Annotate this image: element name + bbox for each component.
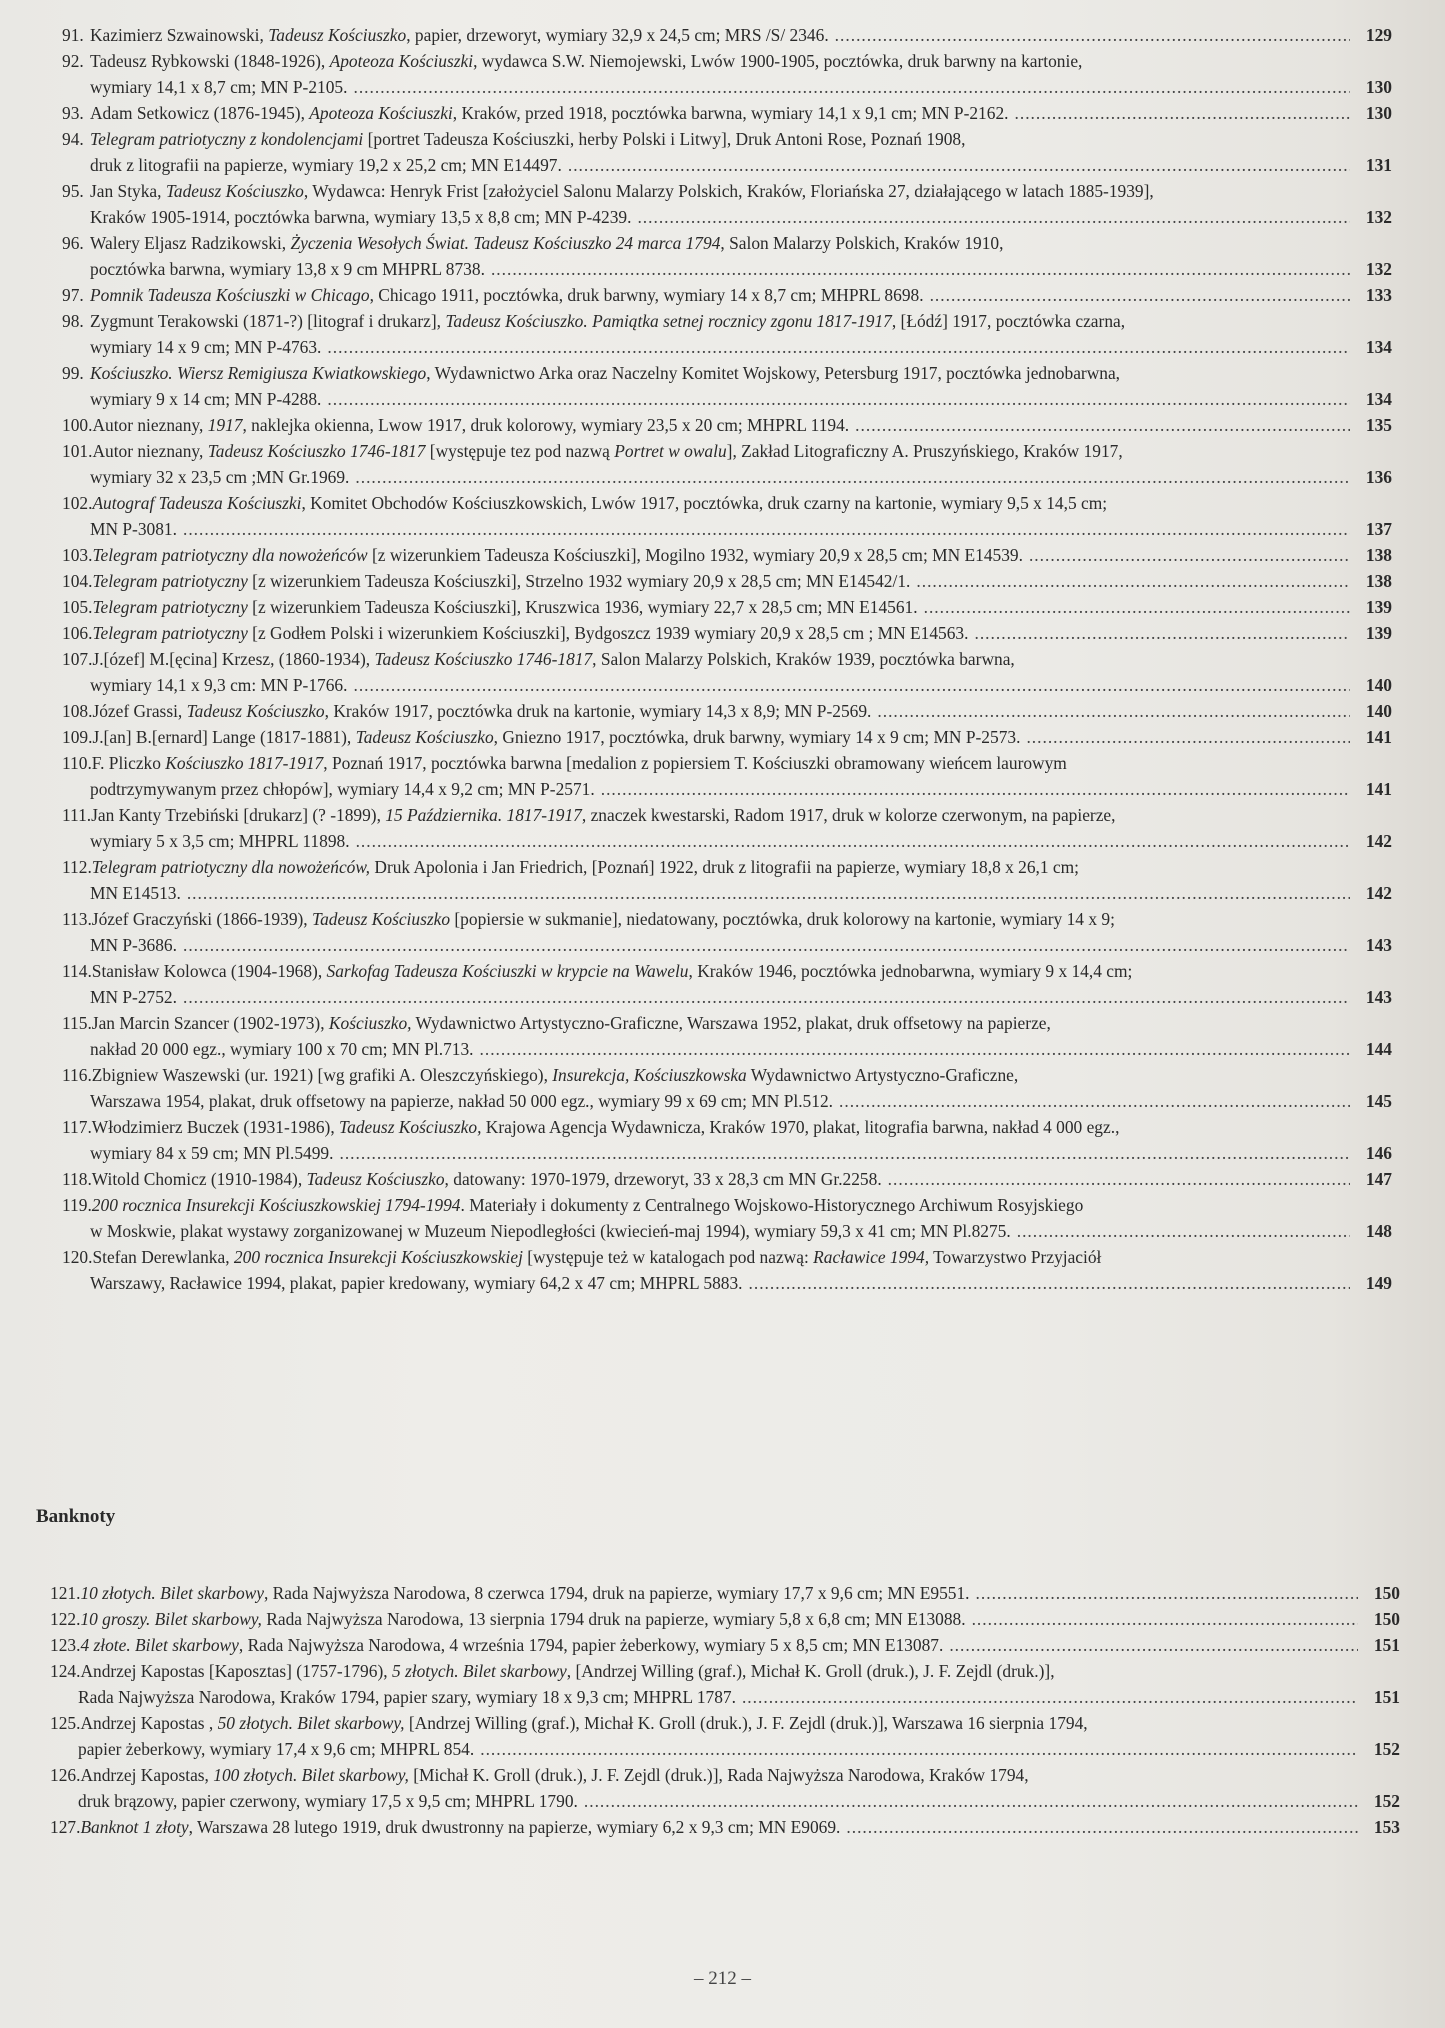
entry-line: 126. Andrzej Kapostas, 100 złotych. Bile… — [50, 1762, 1400, 1788]
page-reference: 145 — [1356, 1088, 1392, 1114]
entry-number: 109. — [62, 724, 92, 750]
leader-dots — [855, 412, 1350, 438]
entry-line: 115. Jan Marcin Szancer (1902-1973), Koś… — [62, 1010, 1392, 1036]
leader-dots — [949, 1632, 1358, 1658]
entry-text: MN P-3081. — [90, 516, 177, 542]
catalog-entry: 91. Kazimierz Szwainowski, Tadeusz Kości… — [62, 22, 1392, 48]
page-reference: 141 — [1356, 776, 1392, 802]
entry-line: 98. Zygmunt Terakowski (1871-?) [litogra… — [62, 308, 1392, 334]
leader-dots — [749, 1270, 1350, 1296]
entry-number: 105. — [62, 594, 92, 620]
catalog-entry: 114. Stanisław Kolowca (1904-1968), Sark… — [62, 958, 1392, 1010]
entry-continuation-line: wymiary 14 x 9 cm; MN P-4763.134 — [62, 334, 1392, 360]
entry-text: Stanisław Kolowca (1904-1968), Sarkofag … — [92, 958, 1133, 984]
catalog-entry: 105. Telegram patriotyczny [z wizerunkie… — [62, 594, 1392, 620]
catalog-entry: 106. Telegram patriotyczny [z Godłem Pol… — [62, 620, 1392, 646]
entry-text: Tadeusz Rybkowski (1848-1926), Apoteoza … — [90, 48, 1082, 74]
page-reference: 151 — [1364, 1684, 1400, 1710]
leader-dots — [339, 1140, 1350, 1166]
entry-text: J.[an] B.[ernard] Lange (1817-1881), Tad… — [92, 724, 1020, 750]
leader-dots — [183, 516, 1350, 542]
entry-number: 115. — [62, 1010, 92, 1036]
page-reference: 138 — [1356, 568, 1392, 594]
entry-text: druk z litografii na papierze, wymiary 1… — [90, 152, 562, 178]
entry-continuation-line: MN P-2752.143 — [62, 984, 1392, 1010]
entry-line: 118. Witold Chomicz (1910-1984), Tadeusz… — [62, 1166, 1392, 1192]
entry-number: 91. — [62, 22, 90, 48]
entry-text: druk brązowy, papier czerwony, wymiary 1… — [78, 1788, 578, 1814]
entry-number: 94. — [62, 126, 90, 152]
catalog-entry: 118. Witold Chomicz (1910-1984), Tadeusz… — [62, 1166, 1392, 1192]
entry-number: 107. — [62, 646, 92, 672]
entry-text: Kraków 1905-1914, pocztówka barwna, wymi… — [90, 204, 631, 230]
entry-number: 127. — [50, 1814, 80, 1840]
leader-dots — [888, 1166, 1350, 1192]
entry-line: 97. Pomnik Tadeusza Kościuszki w Chicago… — [62, 282, 1392, 308]
entry-text: Kościuszko. Wiersz Remigiusza Kwiatkowsk… — [90, 360, 1120, 386]
entry-number: 103. — [62, 542, 92, 568]
page-reference: 140 — [1356, 698, 1392, 724]
page-reference: 129 — [1356, 22, 1392, 48]
entry-text: 10 groszy. Bilet skarbowy, Rada Najwyższ… — [80, 1606, 965, 1632]
entry-number: 125. — [50, 1710, 80, 1736]
entry-line: 104. Telegram patriotyczny [z wizerunkie… — [62, 568, 1392, 594]
catalog-entry: 119. 200 rocznica Insurekcji Kościuszkow… — [62, 1192, 1392, 1244]
leader-dots — [1029, 542, 1350, 568]
entry-text: Józef Graczyński (1866-1939), Tadeusz Ko… — [92, 906, 1115, 932]
leader-dots — [480, 1736, 1358, 1762]
entry-line: 114. Stanisław Kolowca (1904-1968), Sark… — [62, 958, 1392, 984]
entry-text: Walery Eljasz Radzikowski, Życzenia Weso… — [90, 230, 1003, 256]
leader-dots — [877, 698, 1350, 724]
leader-dots — [924, 594, 1350, 620]
entry-number: 120. — [62, 1244, 92, 1270]
entry-continuation-line: wymiary 9 x 14 cm; MN P-4288.134 — [62, 386, 1392, 412]
catalog-entry: 107. J.[ózef] M.[ęcina] Krzesz, (1860-19… — [62, 646, 1392, 698]
catalog-list: 91. Kazimierz Szwainowski, Tadeusz Kości… — [62, 22, 1392, 1296]
entry-line: 96. Walery Eljasz Radzikowski, Życzenia … — [62, 230, 1392, 256]
page-reference: 135 — [1356, 412, 1392, 438]
catalog-entry: 97. Pomnik Tadeusza Kościuszki w Chicago… — [62, 282, 1392, 308]
entry-text: MN E14513. — [90, 880, 181, 906]
catalog-entry: 95. Jan Styka, Tadeusz Kościuszko, Wydaw… — [62, 178, 1392, 230]
leader-dots — [491, 256, 1350, 282]
entry-text: Warszawy, Racławice 1994, plakat, papier… — [90, 1270, 743, 1296]
entry-number: 104. — [62, 568, 92, 594]
entry-text: papier żeberkowy, wymiary 17,4 x 9,6 cm;… — [78, 1736, 474, 1762]
entry-line: 92. Tadeusz Rybkowski (1848-1926), Apote… — [62, 48, 1392, 74]
leader-dots — [353, 74, 1350, 100]
entry-text: MN P-2752. — [90, 984, 177, 1010]
page-reference: 140 — [1356, 672, 1392, 698]
catalog-entry: 108. Józef Grassi, Tadeusz Kościuszko, K… — [62, 698, 1392, 724]
entry-text: Telegram patriotyczny [z wizerunkiem Tad… — [92, 568, 910, 594]
leader-dots — [568, 152, 1350, 178]
entry-continuation-line: Warszawy, Racławice 1994, plakat, papier… — [62, 1270, 1392, 1296]
page-reference: 150 — [1364, 1606, 1400, 1632]
entry-line: 124. Andrzej Kapostas [Kaposztas] (1757-… — [50, 1658, 1400, 1684]
entry-text: Telegram patriotyczny dla nowożeńców, Dr… — [92, 854, 1079, 880]
entry-text: Jan Marcin Szancer (1902-1973), Kościusz… — [92, 1010, 1051, 1036]
entry-text: 4 złote. Bilet skarbowy, Rada Najwyższa … — [80, 1632, 943, 1658]
leader-dots — [1026, 724, 1350, 750]
page-reference: 138 — [1356, 542, 1392, 568]
entry-text: Stefan Derewlanka, 200 rocznica Insurekc… — [92, 1244, 1101, 1270]
entry-number: 100. — [62, 412, 92, 438]
entry-continuation-line: wymiary 84 x 59 cm; MN Pl.5499.146 — [62, 1140, 1392, 1166]
catalog-entry: 99. Kościuszko. Wiersz Remigiusza Kwiatk… — [62, 360, 1392, 412]
entry-number: 96. — [62, 230, 90, 256]
entry-line: 122. 10 groszy. Bilet skarbowy, Rada Naj… — [50, 1606, 1400, 1632]
entry-text: wymiary 32 x 23,5 cm ;MN Gr.1969. — [90, 464, 349, 490]
page-reference: 142 — [1356, 828, 1392, 854]
leader-dots — [480, 1036, 1350, 1062]
entry-text: Rada Najwyższa Narodowa, Kraków 1794, pa… — [78, 1684, 736, 1710]
entry-continuation-line: MN P-3686.143 — [62, 932, 1392, 958]
entry-text: wymiary 14,1 x 9,3 cm: MN P-1766. — [90, 672, 347, 698]
entry-continuation-line: MN E14513.142 — [62, 880, 1392, 906]
entry-number: 124. — [50, 1658, 80, 1684]
entry-text: MN P-3686. — [90, 932, 177, 958]
entry-text: 200 rocznica Insurekcji Kościuszkowskiej… — [92, 1192, 1084, 1218]
leader-dots — [916, 568, 1350, 594]
entry-number: 92. — [62, 48, 90, 74]
entry-number: 106. — [62, 620, 92, 646]
catalog-entry: 115. Jan Marcin Szancer (1902-1973), Koś… — [62, 1010, 1392, 1062]
entry-line: 123. 4 złote. Bilet skarbowy, Rada Najwy… — [50, 1632, 1400, 1658]
catalog-entry: 93. Adam Setkowicz (1876-1945), Apoteoza… — [62, 100, 1392, 126]
entry-continuation-line: papier żeberkowy, wymiary 17,4 x 9,6 cm;… — [50, 1736, 1400, 1762]
entry-continuation-line: Kraków 1905-1914, pocztówka barwna, wymi… — [62, 204, 1392, 230]
entry-line: 121. 10 złotych. Bilet skarbowy, Rada Na… — [50, 1580, 1400, 1606]
leader-dots — [355, 464, 1350, 490]
leader-dots — [637, 204, 1350, 230]
page-reference: 152 — [1364, 1788, 1400, 1814]
catalog-entry: 111. Jan Kanty Trzebiński [drukarz] (? -… — [62, 802, 1392, 854]
page-reference: 149 — [1356, 1270, 1392, 1296]
page-reference: 130 — [1356, 100, 1392, 126]
page-reference: 153 — [1364, 1814, 1400, 1840]
entry-text: Jan Kanty Trzebiński [drukarz] (? -1899)… — [91, 802, 1115, 828]
entry-number: 110. — [62, 750, 92, 776]
catalog-entry: 121. 10 złotych. Bilet skarbowy, Rada Na… — [50, 1580, 1400, 1606]
entry-number: 112. — [62, 854, 92, 880]
entry-text: Andrzej Kapostas [Kaposztas] (1757-1796)… — [80, 1658, 1054, 1684]
entry-line: 107. J.[ózef] M.[ęcina] Krzesz, (1860-19… — [62, 646, 1392, 672]
page-reference: 130 — [1356, 74, 1392, 100]
leader-dots — [846, 1814, 1358, 1840]
entry-number: 102. — [62, 490, 92, 516]
page-reference: 142 — [1356, 880, 1392, 906]
entry-continuation-line: pocztówka barwna, wymiary 13,8 x 9 cm MH… — [62, 256, 1392, 282]
leader-dots — [353, 672, 1350, 698]
page-reference: 150 — [1364, 1580, 1400, 1606]
entry-text: Kazimierz Szwainowski, Tadeusz Kościuszk… — [90, 22, 829, 48]
entry-continuation-line: wymiary 14,1 x 8,7 cm; MN P-2105.130 — [62, 74, 1392, 100]
entry-line: 91. Kazimierz Szwainowski, Tadeusz Kości… — [62, 22, 1392, 48]
entry-text: Andrzej Kapostas , 50 złotych. Bilet ska… — [80, 1710, 1087, 1736]
catalog-entry: 102. Autograf Tadeusza Kościuszki, Komit… — [62, 490, 1392, 542]
page-reference: 143 — [1356, 984, 1392, 1010]
entry-text: 10 złotych. Bilet skarbowy, Rada Najwyżs… — [80, 1580, 969, 1606]
entry-text: Warszawa 1954, plakat, druk offsetowy na… — [90, 1088, 833, 1114]
entry-text: Andrzej Kapostas, 100 złotych. Bilet ska… — [80, 1762, 1028, 1788]
catalog-entry: 98. Zygmunt Terakowski (1871-?) [litogra… — [62, 308, 1392, 360]
entry-text: Józef Grassi, Tadeusz Kościuszko, Kraków… — [92, 698, 871, 724]
entry-text: wymiary 14,1 x 8,7 cm; MN P-2105. — [90, 74, 347, 100]
page-reference: 132 — [1356, 204, 1392, 230]
page-reference: 151 — [1364, 1632, 1400, 1658]
entry-text: Adam Setkowicz (1876-1945), Apoteoza Koś… — [90, 100, 1009, 126]
entry-continuation-line: Rada Najwyższa Narodowa, Kraków 1794, pa… — [50, 1684, 1400, 1710]
entry-number: 111. — [62, 802, 91, 828]
page-reference: 146 — [1356, 1140, 1392, 1166]
entry-line: 93. Adam Setkowicz (1876-1945), Apoteoza… — [62, 100, 1392, 126]
entry-line: 94. Telegram patriotyczny z kondolencjam… — [62, 126, 1392, 152]
entry-continuation-line: wymiary 5 x 3,5 cm; MHPRL 11898.142 — [62, 828, 1392, 854]
entry-continuation-line: wymiary 32 x 23,5 cm ;MN Gr.1969.136 — [62, 464, 1392, 490]
entry-line: 120. Stefan Derewlanka, 200 rocznica Ins… — [62, 1244, 1392, 1270]
catalog-entry: 124. Andrzej Kapostas [Kaposztas] (1757-… — [50, 1658, 1400, 1710]
page-reference: 147 — [1356, 1166, 1392, 1192]
catalog-entry: 109. J.[an] B.[ernard] Lange (1817-1881)… — [62, 724, 1392, 750]
entry-line: 102. Autograf Tadeusza Kościuszki, Komit… — [62, 490, 1392, 516]
banknotes-list: 121. 10 złotych. Bilet skarbowy, Rada Na… — [50, 1580, 1400, 1840]
entry-continuation-line: nakład 20 000 egz., wymiary 100 x 70 cm;… — [62, 1036, 1392, 1062]
entry-text: wymiary 84 x 59 cm; MN Pl.5499. — [90, 1140, 333, 1166]
entry-text: Telegram patriotyczny dla nowożeńców [z … — [92, 542, 1023, 568]
leader-dots — [584, 1788, 1358, 1814]
catalog-entry: 104. Telegram patriotyczny [z wizerunkie… — [62, 568, 1392, 594]
entry-continuation-line: wymiary 14,1 x 9,3 cm: MN P-1766.140 — [62, 672, 1392, 698]
leader-dots — [1017, 1218, 1350, 1244]
entry-line: 116. Zbigniew Waszewski (ur. 1921) [wg g… — [62, 1062, 1392, 1088]
leader-dots — [835, 22, 1350, 48]
entry-text: nakład 20 000 egz., wymiary 100 x 70 cm;… — [90, 1036, 474, 1062]
entry-continuation-line: MN P-3081.137 — [62, 516, 1392, 542]
leader-dots — [327, 386, 1350, 412]
entry-line: 101. Autor nieznany, Tadeusz Kościuszko … — [62, 438, 1392, 464]
entry-line: 109. J.[an] B.[ernard] Lange (1817-1881)… — [62, 724, 1392, 750]
leader-dots — [601, 776, 1350, 802]
catalog-entry: 103. Telegram patriotyczny dla nowożeńcó… — [62, 542, 1392, 568]
entry-number: 123. — [50, 1632, 80, 1658]
catalog-entry: 110. F. Pliczko Kościuszko 1817-1917, Po… — [62, 750, 1392, 802]
page-reference: 152 — [1364, 1736, 1400, 1762]
entry-number: 98. — [62, 308, 90, 334]
entry-number: 119. — [62, 1192, 92, 1218]
entry-number: 95. — [62, 178, 90, 204]
entry-number: 116. — [62, 1062, 92, 1088]
entry-text: Włodzimierz Buczek (1931-1986), Tadeusz … — [92, 1114, 1120, 1140]
catalog-entry: 123. 4 złote. Bilet skarbowy, Rada Najwy… — [50, 1632, 1400, 1658]
entry-text: Autograf Tadeusza Kościuszki, Komitet Ob… — [92, 490, 1107, 516]
page-reference: 133 — [1356, 282, 1392, 308]
leader-dots — [183, 932, 1350, 958]
entry-line: 105. Telegram patriotyczny [z wizerunkie… — [62, 594, 1392, 620]
entry-line: 106. Telegram patriotyczny [z Godłem Pol… — [62, 620, 1392, 646]
leader-dots — [327, 334, 1350, 360]
catalog-entry: 125. Andrzej Kapostas , 50 złotych. Bile… — [50, 1710, 1400, 1762]
page-reference: 144 — [1356, 1036, 1392, 1062]
leader-dots — [974, 620, 1350, 646]
entry-text: Banknot 1 złoty, Warszawa 28 lutego 1919… — [80, 1814, 840, 1840]
entry-line: 119. 200 rocznica Insurekcji Kościuszkow… — [62, 1192, 1392, 1218]
entry-continuation-line: druk z litografii na papierze, wymiary 1… — [62, 152, 1392, 178]
entry-number: 117. — [62, 1114, 92, 1140]
page-reference: 137 — [1356, 516, 1392, 542]
entry-line: 99. Kościuszko. Wiersz Remigiusza Kwiatk… — [62, 360, 1392, 386]
entry-line: 117. Włodzimierz Buczek (1931-1986), Tad… — [62, 1114, 1392, 1140]
entry-line: 103. Telegram patriotyczny dla nowożeńcó… — [62, 542, 1392, 568]
entry-text: Jan Styka, Tadeusz Kościuszko, Wydawca: … — [90, 178, 1154, 204]
entry-text: Telegram patriotyczny [z Godłem Polski i… — [92, 620, 968, 646]
catalog-entry: 113. Józef Graczyński (1866-1939), Tadeu… — [62, 906, 1392, 958]
entry-number: 113. — [62, 906, 92, 932]
leader-dots — [356, 828, 1350, 854]
page-reference: 139 — [1356, 620, 1392, 646]
entry-text: Telegram patriotyczny [z wizerunkiem Tad… — [92, 594, 917, 620]
entry-line: 95. Jan Styka, Tadeusz Kościuszko, Wydaw… — [62, 178, 1392, 204]
entry-continuation-line: w Moskwie, plakat wystawy zorganizowanej… — [62, 1218, 1392, 1244]
entry-line: 112. Telegram patriotyczny dla nowożeńcó… — [62, 854, 1392, 880]
leader-dots — [839, 1088, 1350, 1114]
entry-number: 118. — [62, 1166, 92, 1192]
leader-dots — [972, 1606, 1358, 1632]
leader-dots — [742, 1684, 1358, 1710]
catalog-entry: 94. Telegram patriotyczny z kondolencjam… — [62, 126, 1392, 178]
page-reference: 136 — [1356, 464, 1392, 490]
catalog-entry: 101. Autor nieznany, Tadeusz Kościuszko … — [62, 438, 1392, 490]
document-page: 91. Kazimierz Szwainowski, Tadeusz Kości… — [0, 0, 1445, 2028]
entry-continuation-line: podtrzymywanym przez chłopów], wymiary 1… — [62, 776, 1392, 802]
entry-text: w Moskwie, plakat wystawy zorganizowanej… — [90, 1218, 1011, 1244]
entry-text: Pomnik Tadeusza Kościuszki w Chicago, Ch… — [90, 282, 924, 308]
page-reference: 134 — [1356, 386, 1392, 412]
entry-line: 110. F. Pliczko Kościuszko 1817-1917, Po… — [62, 750, 1392, 776]
page-number: – 212 – — [0, 1968, 1445, 1990]
entry-line: 100. Autor nieznany, 1917, naklejka okie… — [62, 412, 1392, 438]
catalog-entry: 117. Włodzimierz Buczek (1931-1986), Tad… — [62, 1114, 1392, 1166]
catalog-entry: 112. Telegram patriotyczny dla nowożeńcó… — [62, 854, 1392, 906]
leader-dots — [976, 1580, 1358, 1606]
entry-line: 113. Józef Graczyński (1866-1939), Tadeu… — [62, 906, 1392, 932]
entry-number: 99. — [62, 360, 90, 386]
entry-continuation-line: Warszawa 1954, plakat, druk offsetowy na… — [62, 1088, 1392, 1114]
page-reference: 139 — [1356, 594, 1392, 620]
page-reference: 132 — [1356, 256, 1392, 282]
catalog-entry: 96. Walery Eljasz Radzikowski, Życzenia … — [62, 230, 1392, 282]
entry-text: wymiary 5 x 3,5 cm; MHPRL 11898. — [90, 828, 350, 854]
catalog-entry: 122. 10 groszy. Bilet skarbowy, Rada Naj… — [50, 1606, 1400, 1632]
entry-number: 114. — [62, 958, 92, 984]
entry-text: Autor nieznany, 1917, naklejka okienna, … — [92, 412, 849, 438]
leader-dots — [183, 984, 1350, 1010]
leader-dots — [187, 880, 1350, 906]
entry-text: Zbigniew Waszewski (ur. 1921) [wg grafik… — [92, 1062, 1018, 1088]
entry-continuation-line: druk brązowy, papier czerwony, wymiary 1… — [50, 1788, 1400, 1814]
entry-text: Telegram patriotyczny z kondolencjami [p… — [90, 126, 965, 152]
page-reference: 134 — [1356, 334, 1392, 360]
entry-text: wymiary 14 x 9 cm; MN P-4763. — [90, 334, 321, 360]
entry-number: 108. — [62, 698, 92, 724]
catalog-entry: 120. Stefan Derewlanka, 200 rocznica Ins… — [62, 1244, 1392, 1296]
entry-text: wymiary 9 x 14 cm; MN P-4288. — [90, 386, 321, 412]
entry-text: Witold Chomicz (1910-1984), Tadeusz Kośc… — [92, 1166, 882, 1192]
entry-number: 126. — [50, 1762, 80, 1788]
entry-number: 97. — [62, 282, 90, 308]
section-heading-banknoty: Banknoty — [36, 1506, 115, 1528]
entry-text: Autor nieznany, Tadeusz Kościuszko 1746-… — [92, 438, 1122, 464]
page-reference: 143 — [1356, 932, 1392, 958]
page-reference: 131 — [1356, 152, 1392, 178]
leader-dots — [1015, 100, 1351, 126]
catalog-entry: 92. Tadeusz Rybkowski (1848-1926), Apote… — [62, 48, 1392, 100]
entry-line: 108. Józef Grassi, Tadeusz Kościuszko, K… — [62, 698, 1392, 724]
catalog-entry: 126. Andrzej Kapostas, 100 złotych. Bile… — [50, 1762, 1400, 1814]
entry-text: pocztówka barwna, wymiary 13,8 x 9 cm MH… — [90, 256, 485, 282]
entry-text: podtrzymywanym przez chłopów], wymiary 1… — [90, 776, 595, 802]
entry-number: 122. — [50, 1606, 80, 1632]
catalog-entry: 100. Autor nieznany, 1917, naklejka okie… — [62, 412, 1392, 438]
leader-dots — [930, 282, 1350, 308]
page-reference: 141 — [1356, 724, 1392, 750]
catalog-entry: 127. Banknot 1 złoty, Warszawa 28 lutego… — [50, 1814, 1400, 1840]
catalog-entry: 116. Zbigniew Waszewski (ur. 1921) [wg g… — [62, 1062, 1392, 1114]
entry-text: J.[ózef] M.[ęcina] Krzesz, (1860-1934), … — [92, 646, 1014, 672]
entry-text: Zygmunt Terakowski (1871-?) [litograf i … — [90, 308, 1125, 334]
entry-line: 111. Jan Kanty Trzebiński [drukarz] (? -… — [62, 802, 1392, 828]
page-reference: 148 — [1356, 1218, 1392, 1244]
entry-number: 121. — [50, 1580, 80, 1606]
entry-line: 127. Banknot 1 złoty, Warszawa 28 lutego… — [50, 1814, 1400, 1840]
entry-line: 125. Andrzej Kapostas , 50 złotych. Bile… — [50, 1710, 1400, 1736]
entry-number: 101. — [62, 438, 92, 464]
entry-number: 93. — [62, 100, 90, 126]
entry-text: F. Pliczko Kościuszko 1817-1917, Poznań … — [92, 750, 1067, 776]
